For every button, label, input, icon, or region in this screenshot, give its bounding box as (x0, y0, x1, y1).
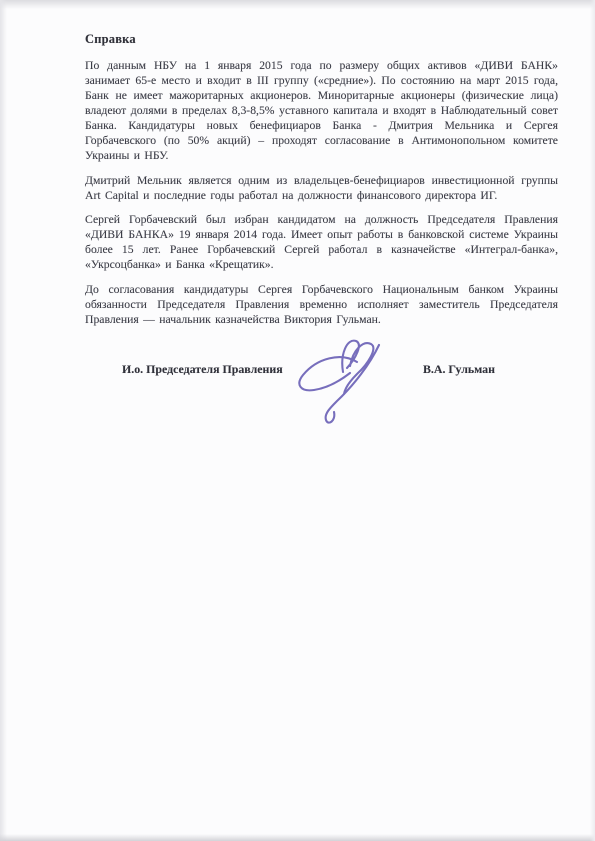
handwritten-signature-icon (283, 328, 395, 430)
scan-edge-bottom (0, 834, 595, 841)
signature-role-label: И.о. Председателя Правления (122, 362, 283, 377)
document-title: Справка (85, 32, 558, 47)
paragraph-acting-chair: До согласования кандидатуры Сергея Горба… (85, 282, 558, 327)
signature-block: И.о. Председателя Правления В.А. Гульман (0, 360, 595, 450)
scan-edge-top (0, 0, 595, 9)
paragraph-melnik: Дмитрий Мельник является одним из владел… (85, 173, 558, 203)
paragraph-bank-overview: По данным НБУ на 1 января 2015 года по р… (85, 58, 558, 163)
paragraph-gorbachevsky: Сергей Горбачевский был избран кандидато… (85, 212, 558, 272)
scanned-document-page: Справка По данным НБУ на 1 января 2015 г… (0, 0, 595, 841)
document-body: Справка По данным НБУ на 1 января 2015 г… (85, 32, 558, 336)
signer-name: В.А. Гульман (423, 362, 495, 377)
